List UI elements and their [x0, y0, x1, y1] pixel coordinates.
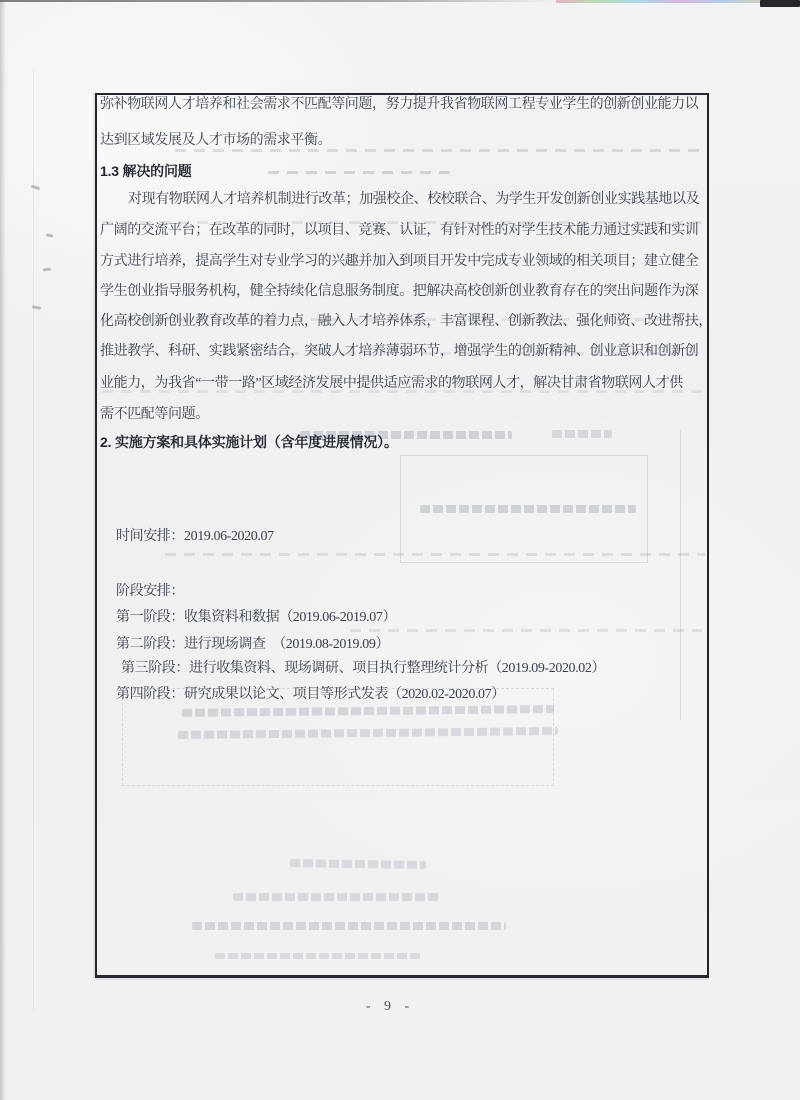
paragraph-line: 广阔的交流平台；在改革的同时，以项目、竞赛、认证，有针对性的对学生技术能力通过实… [100, 223, 698, 239]
paragraph-line: 达到区域发展及人才市场的需求平衡。 [100, 133, 331, 149]
stage-line: 第一阶段：收集资料和数据（2019.06-2019.07） [116, 610, 396, 626]
scan-corner-mark [760, 0, 800, 7]
scan-top-edge-line [0, 0, 560, 2]
stage-line: 第四阶段：研究成果以论文、项目等形式发表（2020.02-2020.07） [116, 687, 505, 703]
section-2-heading: 2. 实施方案和具体实施计划（含年度进展情况）。 [100, 434, 398, 450]
stage-plan-label: 阶段安排： [116, 584, 184, 600]
ink-speck [46, 233, 53, 237]
paragraph-line: 弥补物联网人才培养和社会需求不匹配等问题，努力提升我省物联网工程专业学生的创新创… [100, 97, 698, 113]
section-1-3-heading: 1.3 解决的问题 [100, 163, 192, 179]
paragraph-line: 化高校创新创业教育改革的着力点，融入人才培养体系，丰富课程、创新教法、强化师资、… [100, 314, 712, 330]
scanned-document-page: 弥补物联网人才培养和社会需求不匹配等问题，努力提升我省物联网工程专业学生的创新创… [0, 0, 800, 1100]
paragraph-line: 方式进行培养，提高学生对专业学习的兴趣并加入到项目开发中完成专业领域的相关项目；… [100, 254, 698, 270]
scan-rainbow-artifact [556, 0, 762, 3]
paper-crease-line [33, 70, 34, 1010]
paragraph-line: 需不匹配等问题。 [100, 407, 209, 423]
paragraph-line: 业能力，为我省“一带一路”区域经济发展中提供适应需求的物联网人才，解决甘肃省物联… [100, 376, 683, 392]
paragraph-line: 推进教学、科研、实践紧密结合，突破人才培养薄弱环节，增强学生的创新精神、创业意识… [100, 344, 698, 360]
stage-line: 第二阶段：进行现场调查 （2019.08-2019.09） [116, 637, 389, 653]
time-plan-line: 时间安排：2019.06-2020.07 [116, 529, 274, 545]
paragraph-line: 对现有物联网人才培养机制进行改革；加强校企、校校联合、为学生开发创新创业实践基地… [128, 192, 699, 208]
ink-speck [43, 267, 51, 271]
paragraph-line: 学生创业指导服务机构，健全持续化信息服务制度。把解决高校创新创业教育存在的突出问… [100, 284, 698, 300]
stage-line: 第三阶段：进行收集资料、现场调研、项目执行整理统计分析（2019.09-2020… [121, 661, 605, 677]
scan-left-edge-shadow [0, 0, 6, 1100]
page-number: - 9 - [300, 999, 480, 1015]
